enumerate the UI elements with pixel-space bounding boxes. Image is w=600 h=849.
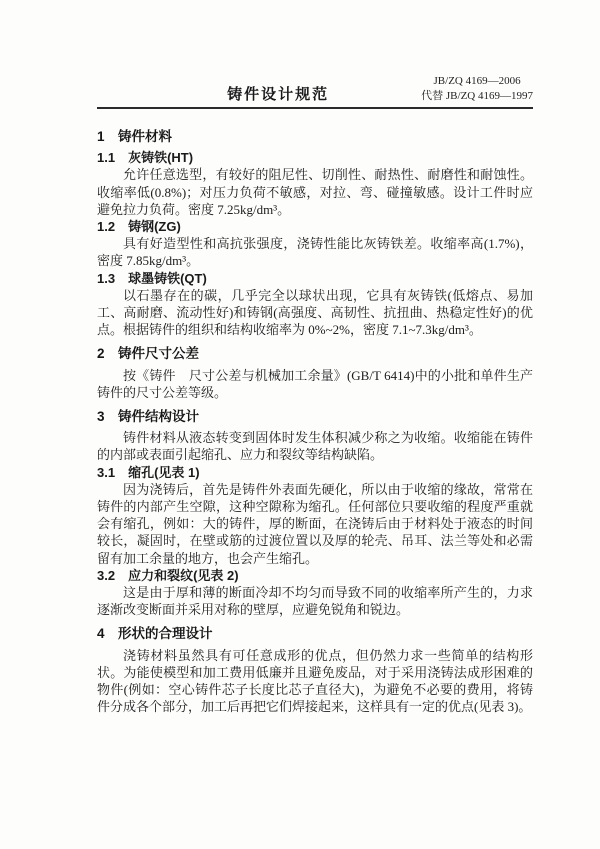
section-3-heading: 3 铸件结构设计	[97, 408, 533, 425]
section-4-paragraph: 浇铸材料虽然具有可任意成形的优点，但仍然力求一些简单的结构形状。为能使模型和加工…	[97, 647, 533, 716]
title-wrap: 铸件设计规范	[97, 83, 421, 104]
clause-1-2-paragraph: 具有好造型性和高抗张强度，浇铸性能比灰铸铁差。收缩率高(1.7%)，密度 7.8…	[97, 235, 533, 269]
clause-3-2-heading: 3.2 应力和裂纹(见表 2)	[97, 567, 533, 584]
clause-3-2-paragraph: 这是由于厚和薄的断面冷却不均匀而导致不同的收缩率所产生的，力求逐渐改变断面并采用…	[97, 584, 533, 618]
page-title: 铸件设计规范	[227, 83, 329, 104]
section-1-heading: 1 铸件材料	[97, 128, 533, 145]
document-header: 铸件设计规范 JB/ZQ 4169—2006 代替 JB/ZQ 4169—199…	[97, 0, 533, 109]
superseded-standard-code: 代替 JB/ZQ 4169—1997	[421, 89, 533, 104]
clause-1-3-paragraph: 以石墨存在的碳，几乎完全以球状出现，它具有灰铸铁(低熔点、易加工、高耐磨、流动性…	[97, 287, 533, 339]
document-page: 铸件设计规范 JB/ZQ 4169—2006 代替 JB/ZQ 4169—199…	[0, 0, 600, 849]
standard-codes: JB/ZQ 4169—2006 代替 JB/ZQ 4169—1997	[421, 74, 533, 104]
section-3-paragraph: 铸件材料从液态转变到固体时发生体积减少称之为收缩。收缩能在铸件的内部或表面引起缩…	[97, 429, 533, 463]
clause-3-1-heading: 3.1 缩孔(见表 1)	[97, 464, 533, 481]
section-2-heading: 2 铸件尺寸公差	[97, 345, 533, 362]
clause-1-2-heading: 1.2 铸钢(ZG)	[97, 218, 533, 235]
clause-1-3-heading: 1.3 球墨铸铁(QT)	[97, 270, 533, 287]
clause-1-1-heading: 1.1 灰铸铁(HT)	[97, 149, 533, 166]
clause-1-1-paragraph: 允许任意选型，有较好的阻尼性、切削性、耐热性、耐磨性和耐蚀性。收缩率低(0.8%…	[97, 166, 533, 218]
section-4-heading: 4 形状的合理设计	[97, 625, 533, 642]
section-2-paragraph: 按《铸件 尺寸公差与机械加工余量》(GB/T 6414)中的小批和单件生产铸件的…	[97, 367, 533, 401]
standard-code: JB/ZQ 4169—2006	[421, 74, 533, 89]
document-body: 1 铸件材料 1.1 灰铸铁(HT) 允许任意选型，有较好的阻尼性、切削性、耐热…	[97, 109, 533, 716]
clause-3-1-paragraph: 因为浇铸后，首先是铸件外表面先硬化，所以由于收缩的缘故，常常在铸件的内部产生空隙…	[97, 481, 533, 567]
